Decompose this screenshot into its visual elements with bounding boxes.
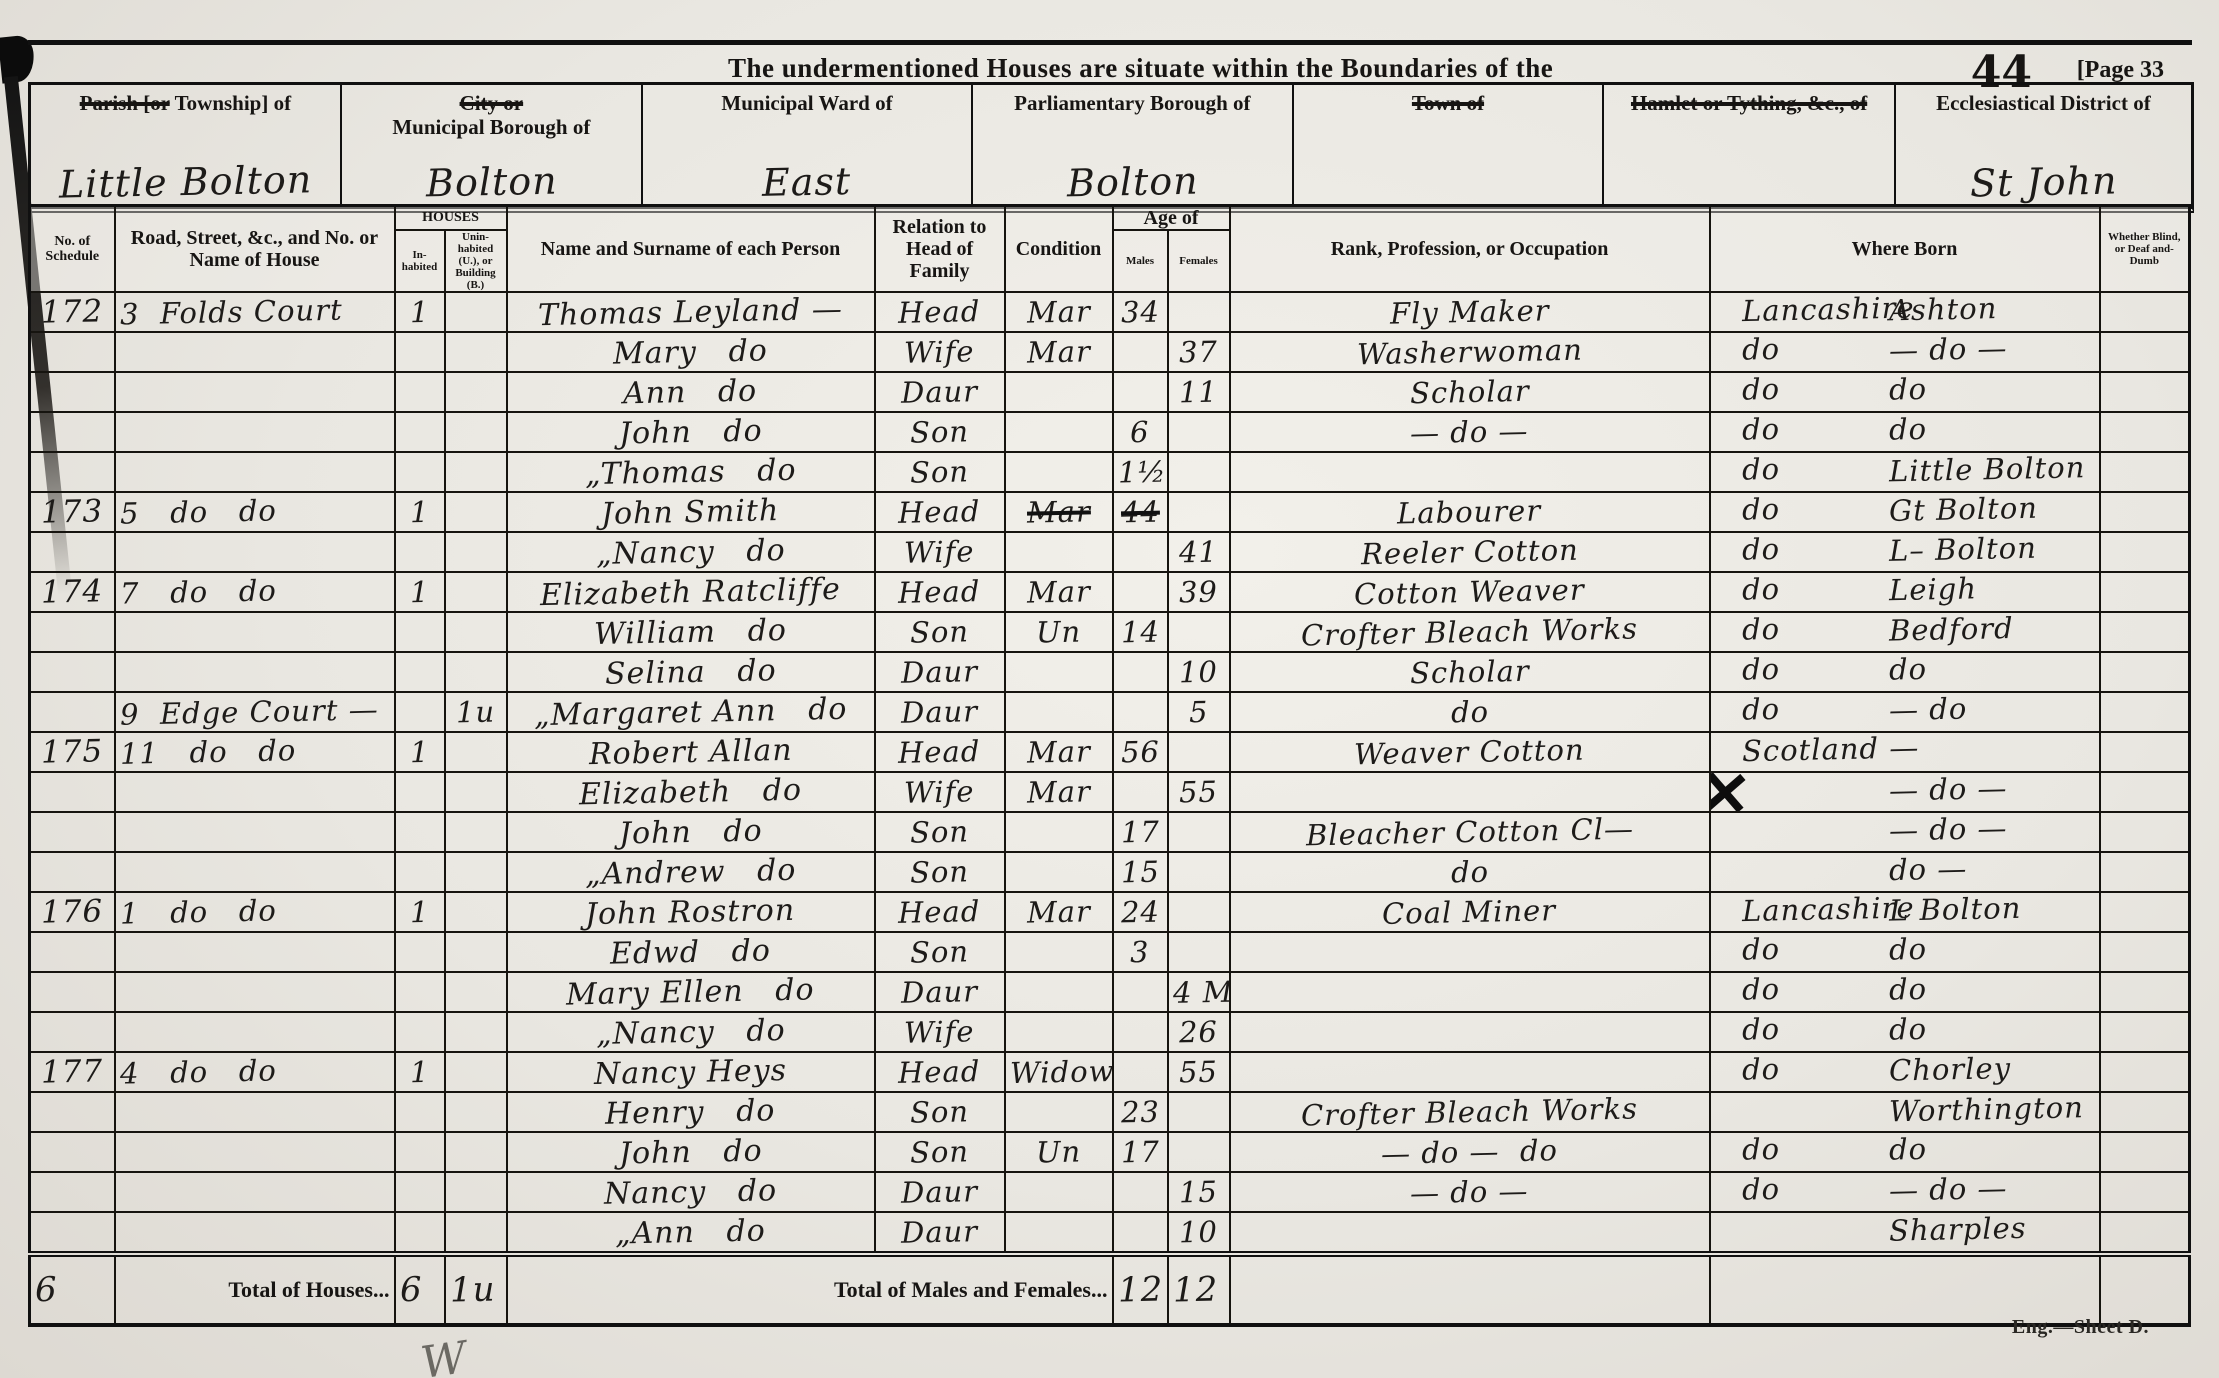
- cell-inhab: [395, 692, 445, 732]
- cell-name: Robert Allan: [507, 732, 875, 772]
- header-schedule: No. of Schedule: [30, 206, 115, 293]
- cell-condition: Un: [1005, 1132, 1113, 1172]
- table-row: 9 Edge Court —1u„Margaret Ann doDaur5dod…: [30, 692, 2190, 732]
- cell-inhab: [395, 452, 445, 492]
- header-inhabited: In-habited: [395, 230, 445, 292]
- cell-name: John do: [507, 812, 875, 852]
- cell-condition: [1005, 532, 1113, 572]
- table-row: „Ann doDaur10Sharples: [30, 1212, 2190, 1254]
- cell-name: Mary Ellen do: [507, 972, 875, 1012]
- cell-rank: [1230, 932, 1710, 972]
- cell-inhab: [395, 932, 445, 972]
- table-row: Mary doWifeMar37Washerwomando— do —: [30, 332, 2190, 372]
- cell-blind: [2100, 772, 2190, 812]
- cell-unin: [445, 1132, 507, 1172]
- table-row: William doSonUn14Crofter Bleach WorksdoB…: [30, 612, 2190, 652]
- cell-relation: Son: [875, 812, 1005, 852]
- cell-females: 4 Mo: [1168, 972, 1230, 1012]
- cell-condition: Mar: [1005, 292, 1113, 332]
- cell-females: 10: [1168, 652, 1230, 692]
- cell-schedule: [30, 1172, 115, 1212]
- cell-road: 11 do do: [115, 732, 395, 772]
- cell-inhab: [395, 372, 445, 412]
- cell-road: [115, 612, 395, 652]
- cell-born: doBedford: [1710, 612, 2100, 652]
- cell-schedule: [30, 1012, 115, 1052]
- cell-name: John do: [507, 1132, 875, 1172]
- ward-label-text: Municipal Ward of: [721, 91, 892, 115]
- table-row: Nancy doDaur15— do —do— do —: [30, 1172, 2190, 1212]
- cell-males: [1113, 1212, 1168, 1254]
- cell-condition: [1005, 692, 1113, 732]
- cell-schedule: 175: [30, 732, 115, 772]
- cell-blind: [2100, 932, 2190, 972]
- cell-blind: [2100, 452, 2190, 492]
- cell-inhab: 1: [395, 292, 445, 332]
- totals-blind-blank: [2100, 1254, 2190, 1325]
- ink-cross-mark: ✕: [1710, 772, 1753, 812]
- cell-schedule: [30, 812, 115, 852]
- cell-inhab: 1: [395, 572, 445, 612]
- district-cell-ward: Municipal Ward of East: [643, 85, 973, 207]
- cell-blind: [2100, 892, 2190, 932]
- cell-rank: Crofter Bleach Works: [1230, 612, 1710, 652]
- cell-born: Worthington: [1710, 1092, 2100, 1132]
- census-scan-page: The undermentioned Houses are situate wi…: [0, 0, 2219, 1378]
- cell-unin: [445, 332, 507, 372]
- cell-condition: Mar: [1005, 892, 1113, 932]
- hamlet-struck-text: Hamlet or Tything, &c., of: [1631, 91, 1867, 115]
- cell-males: 1½: [1113, 452, 1168, 492]
- cell-born: dodo: [1710, 412, 2100, 452]
- cell-born: dodo: [1710, 1012, 2100, 1052]
- table-row: 17511 do do1Robert AllanHeadMar56Weaver …: [30, 732, 2190, 772]
- totals-rank-blank: [1230, 1254, 1710, 1325]
- cell-schedule: [30, 612, 115, 652]
- totals-inhabited: 6: [395, 1254, 445, 1325]
- cell-relation: Head: [875, 1052, 1005, 1092]
- cell-condition: [1005, 372, 1113, 412]
- cell-males: 15: [1113, 852, 1168, 892]
- cell-females: [1168, 412, 1230, 452]
- totals-row: 6 Total of Houses... 6 1u Total of Males…: [30, 1254, 2190, 1325]
- cell-road: [115, 532, 395, 572]
- table-row: „Nancy doWife26dodo: [30, 1012, 2190, 1052]
- cell-road: [115, 1092, 395, 1132]
- cell-relation: Daur: [875, 972, 1005, 1012]
- cell-road: [115, 1132, 395, 1172]
- cell-unin: [445, 1012, 507, 1052]
- header-males: Males: [1113, 230, 1168, 292]
- cell-rank: — do — do: [1230, 1132, 1710, 1172]
- cell-blind: [2100, 532, 2190, 572]
- cell-name: „Nancy do: [507, 532, 875, 572]
- cell-condition: [1005, 972, 1113, 1012]
- cell-females: 11: [1168, 372, 1230, 412]
- cell-females: 39: [1168, 572, 1230, 612]
- cell-females: 10: [1168, 1212, 1230, 1254]
- header-name: Name and Surname of each Person: [507, 206, 875, 293]
- cell-condition: Mar: [1005, 772, 1113, 812]
- cell-name: Elizabeth do: [507, 772, 875, 812]
- cell-blind: [2100, 1012, 2190, 1052]
- cell-relation: Son: [875, 1132, 1005, 1172]
- cell-unin: [445, 292, 507, 332]
- cell-condition: [1005, 1172, 1113, 1212]
- cell-inhab: [395, 1212, 445, 1254]
- cell-unin: [445, 492, 507, 532]
- cell-unin: [445, 1212, 507, 1254]
- table-row: „Thomas doSon1½doLittle Bolton: [30, 452, 2190, 492]
- cell-condition: [1005, 1092, 1113, 1132]
- cell-blind: [2100, 1092, 2190, 1132]
- cell-schedule: [30, 692, 115, 732]
- cell-born: do— do —: [1710, 332, 2100, 372]
- borough-label-text: Municipal Borough of: [392, 115, 590, 139]
- town-value: [1298, 161, 1599, 205]
- cell-inhab: [395, 772, 445, 812]
- cell-road: [115, 1212, 395, 1254]
- parliamentary-value: Bolton: [977, 160, 1288, 205]
- town-label: Town of: [1298, 91, 1599, 115]
- cell-females: 55: [1168, 1052, 1230, 1092]
- cell-males: 23: [1113, 1092, 1168, 1132]
- district-cell-town: Town of: [1294, 85, 1605, 207]
- cell-blind: [2100, 1052, 2190, 1092]
- cell-relation: Wife: [875, 772, 1005, 812]
- cell-inhab: [395, 532, 445, 572]
- cell-females: [1168, 932, 1230, 972]
- totals-houses-label: Total of Houses...: [115, 1254, 395, 1325]
- cell-rank: Coal Miner: [1230, 892, 1710, 932]
- cell-relation: Daur: [875, 1172, 1005, 1212]
- cell-road: [115, 452, 395, 492]
- cell-males: 56: [1113, 732, 1168, 772]
- cell-condition: Un: [1005, 612, 1113, 652]
- cell-relation: Wife: [875, 332, 1005, 372]
- cell-born: LancashireAshton: [1710, 292, 2100, 332]
- cell-relation: Head: [875, 492, 1005, 532]
- cell-condition: [1005, 412, 1113, 452]
- cell-condition: Widow: [1005, 1052, 1113, 1092]
- table-row: Mary Ellen doDaur4 Mododo: [30, 972, 2190, 1012]
- cell-born: doL– Bolton: [1710, 532, 2100, 572]
- page-number-label: [Page 33: [2077, 57, 2164, 84]
- cell-relation: Wife: [875, 532, 1005, 572]
- cell-males: 3: [1113, 932, 1168, 972]
- header-condition: Condition: [1005, 206, 1113, 293]
- cell-relation: Daur: [875, 692, 1005, 732]
- cell-males: [1113, 1052, 1168, 1092]
- cell-condition: [1005, 1212, 1113, 1254]
- cell-condition: [1005, 852, 1113, 892]
- township-value: Little Bolton: [35, 160, 336, 205]
- cell-unin: [445, 892, 507, 932]
- cell-born: — do —: [1710, 812, 2100, 852]
- cell-relation: Head: [875, 292, 1005, 332]
- cell-born: Scotland —: [1710, 732, 2100, 772]
- cell-relation: Daur: [875, 1212, 1005, 1254]
- cell-unin: [445, 452, 507, 492]
- cell-rank: Crofter Bleach Works: [1230, 1092, 1710, 1132]
- census-table-footer: 6 Total of Houses... 6 1u Total of Males…: [30, 1254, 2190, 1325]
- totals-males-females-label: Total of Males and Females...: [507, 1254, 1113, 1325]
- district-cell-ecclesiastical: Ecclesiastical District of St John: [1896, 85, 2191, 207]
- cell-condition: Mar: [1005, 492, 1113, 532]
- header-blind: Whether Blind, or Deaf and-Dumb: [2100, 206, 2190, 293]
- cell-blind: [2100, 972, 2190, 1012]
- cell-females: [1168, 852, 1230, 892]
- cell-females: [1168, 452, 1230, 492]
- cell-condition: [1005, 932, 1113, 972]
- cell-females: 26: [1168, 1012, 1230, 1052]
- cell-relation: Head: [875, 892, 1005, 932]
- cell-relation: Head: [875, 572, 1005, 612]
- township-label-text: Township] of: [170, 91, 291, 115]
- table-row: 1774 do do1Nancy HeysHeadWidow55doChorle…: [30, 1052, 2190, 1092]
- cell-males: [1113, 332, 1168, 372]
- cell-schedule: [30, 372, 115, 412]
- cell-inhab: [395, 1092, 445, 1132]
- header-born: Where Born: [1710, 206, 2100, 293]
- cell-rank: [1230, 1012, 1710, 1052]
- cell-name: „Ann do: [507, 1212, 875, 1254]
- cell-unin: [445, 852, 507, 892]
- cell-relation: Head: [875, 732, 1005, 772]
- table-row: Selina doDaur10Scholardodo: [30, 652, 2190, 692]
- cell-inhab: [395, 812, 445, 852]
- header-females: Females: [1168, 230, 1230, 292]
- census-table: No. of Schedule Road, Street, &c., and N…: [28, 204, 2191, 1327]
- cell-blind: [2100, 572, 2190, 612]
- cell-rank: [1230, 1212, 1710, 1254]
- cell-unin: [445, 1092, 507, 1132]
- cell-males: [1113, 772, 1168, 812]
- cell-unin: [445, 532, 507, 572]
- cell-schedule: [30, 412, 115, 452]
- cell-name: Nancy Heys: [507, 1052, 875, 1092]
- cell-females: [1168, 892, 1230, 932]
- township-struck-text: Parish [or: [80, 91, 170, 115]
- sheet-imprint: Eng.—Sheet D.: [2012, 1316, 2149, 1339]
- cell-schedule: 176: [30, 892, 115, 932]
- cell-rank: Weaver Cotton: [1230, 732, 1710, 772]
- cell-born: do— do —: [1710, 1172, 2100, 1212]
- cell-blind: [2100, 1212, 2190, 1254]
- cell-females: 5: [1168, 692, 1230, 732]
- cell-born: dodo: [1710, 652, 2100, 692]
- census-table-header: No. of Schedule Road, Street, &c., and N…: [30, 206, 2190, 293]
- cell-road: 7 do do: [115, 572, 395, 612]
- parliamentary-label: Parliamentary Borough of: [977, 91, 1288, 115]
- cell-rank: Labourer: [1230, 492, 1710, 532]
- cell-females: [1168, 492, 1230, 532]
- cell-females: 55: [1168, 772, 1230, 812]
- cell-unin: [445, 572, 507, 612]
- cell-road: [115, 972, 395, 1012]
- cell-born: ✕— do —: [1710, 772, 2100, 812]
- header-age-group: Age of: [1113, 206, 1230, 231]
- cell-schedule: 174: [30, 572, 115, 612]
- cell-males: 34: [1113, 292, 1168, 332]
- ward-value: East: [647, 160, 967, 205]
- district-cell-borough: City orMunicipal Borough of Bolton: [342, 85, 643, 207]
- cell-males: 6: [1113, 412, 1168, 452]
- cell-name: John do: [507, 412, 875, 452]
- cell-inhab: [395, 1012, 445, 1052]
- cell-inhab: 1: [395, 892, 445, 932]
- cell-relation: Son: [875, 932, 1005, 972]
- ward-label: Municipal Ward of: [647, 91, 967, 115]
- census-table-body: 1723 Folds Court1Thomas Leyland —HeadMar…: [30, 292, 2190, 1254]
- totals-males: 12: [1113, 1254, 1168, 1325]
- cell-born: doGt Bolton: [1710, 492, 2100, 532]
- cell-females: 41: [1168, 532, 1230, 572]
- cell-road: [115, 812, 395, 852]
- cell-born: dodo: [1710, 972, 2100, 1012]
- cell-blind: [2100, 852, 2190, 892]
- ecclesiastical-label: Ecclesiastical District of: [1900, 91, 2187, 115]
- cell-inhab: [395, 1172, 445, 1212]
- cell-rank: [1230, 972, 1710, 1012]
- cell-road: 4 do do: [115, 1052, 395, 1092]
- cell-males: [1113, 972, 1168, 1012]
- cell-rank: Fly Maker: [1230, 292, 1710, 332]
- cell-relation: Son: [875, 1092, 1005, 1132]
- cell-name: „Thomas do: [507, 452, 875, 492]
- cell-blind: [2100, 732, 2190, 772]
- cell-inhab: [395, 652, 445, 692]
- cell-males: 44: [1113, 492, 1168, 532]
- cell-schedule: [30, 972, 115, 1012]
- parliamentary-label-text: Parliamentary Borough of: [1014, 91, 1250, 115]
- town-struck-text: Town of: [1412, 91, 1484, 115]
- cell-females: 37: [1168, 332, 1230, 372]
- cell-blind: [2100, 372, 2190, 412]
- cell-born: dodo: [1710, 932, 2100, 972]
- cell-rank: Scholar: [1230, 652, 1710, 692]
- cell-inhab: 1: [395, 492, 445, 532]
- cell-blind: [2100, 1132, 2190, 1172]
- cell-blind: [2100, 1172, 2190, 1212]
- cell-males: 17: [1113, 1132, 1168, 1172]
- cell-blind: [2100, 812, 2190, 852]
- cell-inhab: 1: [395, 732, 445, 772]
- district-cell-township: Parish [or Township] of Little Bolton: [31, 85, 342, 207]
- cell-inhab: [395, 332, 445, 372]
- header-uninhabited: Unin-habited (U.), or Building (B.): [445, 230, 507, 292]
- cell-unin: [445, 772, 507, 812]
- cell-relation: Daur: [875, 372, 1005, 412]
- hamlet-value: [1608, 161, 1889, 205]
- cell-road: 5 do do: [115, 492, 395, 532]
- cell-road: [115, 932, 395, 972]
- cell-name: John Smith: [507, 492, 875, 532]
- cell-road: [115, 412, 395, 452]
- township-label: Parish [or Township] of: [35, 91, 336, 115]
- cell-unin: [445, 932, 507, 972]
- cell-road: 9 Edge Court —: [115, 692, 395, 732]
- cell-unin: [445, 972, 507, 1012]
- cell-females: 15: [1168, 1172, 1230, 1212]
- cell-females: [1168, 612, 1230, 652]
- cell-inhab: [395, 412, 445, 452]
- cell-relation: Son: [875, 612, 1005, 652]
- totals-females: 12: [1168, 1254, 1230, 1325]
- cell-road: [115, 852, 395, 892]
- cell-males: [1113, 532, 1168, 572]
- cell-name: Mary do: [507, 332, 875, 372]
- cell-relation: Son: [875, 452, 1005, 492]
- cell-born: dodo: [1710, 1132, 2100, 1172]
- cell-schedule: 177: [30, 1052, 115, 1092]
- cell-road: 3 Folds Court: [115, 292, 395, 332]
- cell-condition: [1005, 812, 1113, 852]
- cell-born: dodo: [1710, 372, 2100, 412]
- table-row: Edwd doSon3dodo: [30, 932, 2190, 972]
- cell-females: [1168, 812, 1230, 852]
- cell-rank: [1230, 772, 1710, 812]
- cell-males: [1113, 692, 1168, 732]
- table-row: 1747 do do1Elizabeth RatcliffeHeadMar39C…: [30, 572, 2190, 612]
- cell-schedule: [30, 652, 115, 692]
- cell-rank: do: [1230, 692, 1710, 732]
- cell-name: Edwd do: [507, 932, 875, 972]
- cell-name: John Rostron: [507, 892, 875, 932]
- cell-males: [1113, 652, 1168, 692]
- cell-females: [1168, 732, 1230, 772]
- cell-name: Henry do: [507, 1092, 875, 1132]
- cell-schedule: [30, 1092, 115, 1132]
- cell-relation: Son: [875, 852, 1005, 892]
- header-relation: Relation to Head of Family: [875, 206, 1005, 293]
- cell-name: Ann do: [507, 372, 875, 412]
- cell-inhab: [395, 852, 445, 892]
- cell-condition: Mar: [1005, 572, 1113, 612]
- table-row: Henry doSon23Crofter Bleach WorksWorthin…: [30, 1092, 2190, 1132]
- cell-inhab: 1: [395, 1052, 445, 1092]
- borough-struck-text: City or: [460, 91, 524, 115]
- ink-squiggle: W: [418, 1322, 542, 1378]
- cell-schedule: [30, 1132, 115, 1172]
- cell-schedule: [30, 332, 115, 372]
- header-houses-group: HOUSES: [395, 206, 507, 231]
- cell-rank: Reeler Cotton: [1230, 532, 1710, 572]
- cell-unin: [445, 732, 507, 772]
- cell-females: [1168, 1132, 1230, 1172]
- cell-road: [115, 1012, 395, 1052]
- district-cell-parliamentary: Parliamentary Borough of Bolton: [973, 85, 1294, 207]
- table-row: 1723 Folds Court1Thomas Leyland —HeadMar…: [30, 292, 2190, 332]
- cell-condition: [1005, 652, 1113, 692]
- cell-blind: [2100, 412, 2190, 452]
- table-row: Elizabeth doWifeMar55✕— do —: [30, 772, 2190, 812]
- cell-condition: [1005, 452, 1113, 492]
- cell-blind: [2100, 292, 2190, 332]
- cell-road: [115, 372, 395, 412]
- cell-rank: Scholar: [1230, 372, 1710, 412]
- cell-name: Selina do: [507, 652, 875, 692]
- table-row: John doSon17Bleacher Cotton Cl—— do —: [30, 812, 2190, 852]
- cell-name: Nancy do: [507, 1172, 875, 1212]
- cell-road: [115, 332, 395, 372]
- cell-condition: Mar: [1005, 732, 1113, 772]
- cell-relation: Wife: [875, 1012, 1005, 1052]
- cell-unin: [445, 412, 507, 452]
- cell-road: [115, 1172, 395, 1212]
- borough-label: City orMunicipal Borough of: [346, 91, 637, 139]
- cell-inhab: [395, 1132, 445, 1172]
